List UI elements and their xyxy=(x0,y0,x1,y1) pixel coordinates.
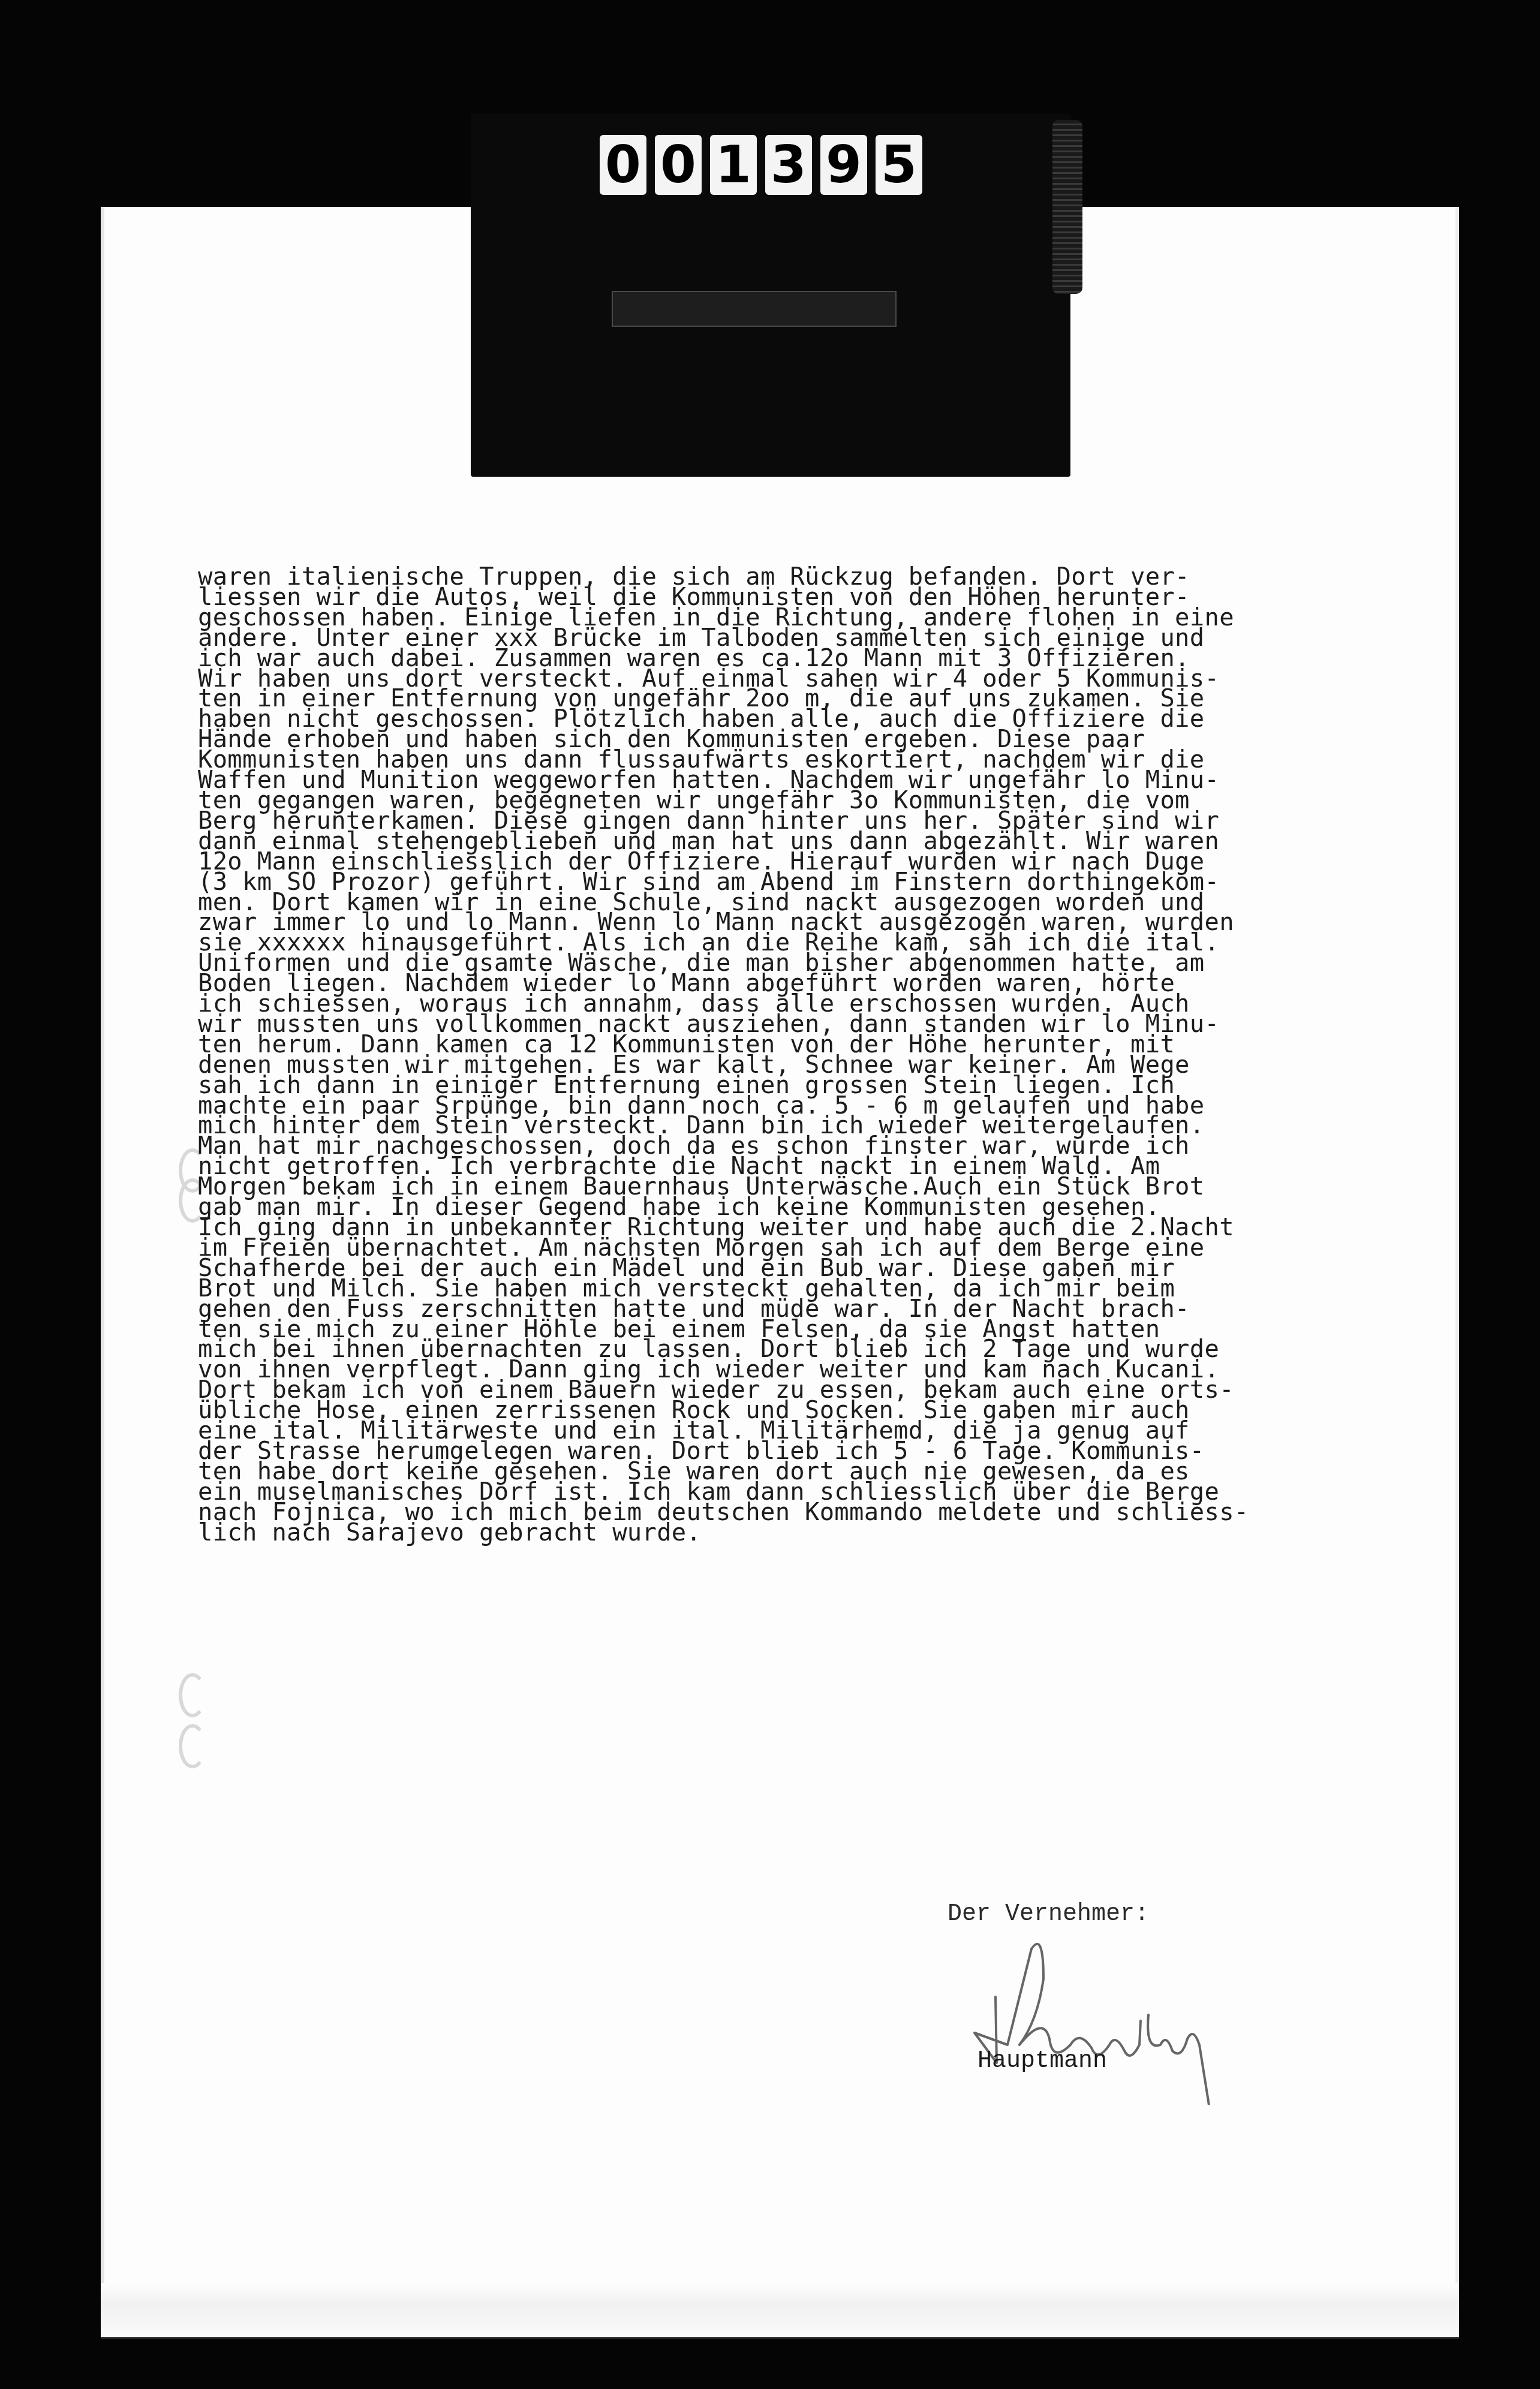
counter-digit: 0 xyxy=(655,135,702,195)
counter-nameplate-icon xyxy=(612,291,897,327)
punch-hole-icon xyxy=(179,1724,206,1768)
counter-digit: 3 xyxy=(765,135,812,195)
handwritten-signature-icon xyxy=(948,1925,1307,2105)
counter-digit: 5 xyxy=(876,135,922,195)
punch-hole-icon xyxy=(179,1673,206,1717)
frame-counter-digits: 0 0 1 3 9 5 xyxy=(600,135,922,195)
typewritten-testimony: waren italienische Truppen, die sich am … xyxy=(198,567,1493,1543)
page-bottom-edge xyxy=(101,2283,1459,2339)
counter-digit: 9 xyxy=(820,135,867,195)
signature-block: Der Vernehmer: Hauptmann xyxy=(948,1901,1307,2075)
signatory-rank: Hauptmann xyxy=(977,2048,1107,2075)
counter-digit: 0 xyxy=(600,135,646,195)
counter-thumbwheel-icon xyxy=(1052,120,1082,294)
signature-label: Der Vernehmer: xyxy=(948,1901,1149,1928)
counter-digit: 1 xyxy=(710,135,757,195)
